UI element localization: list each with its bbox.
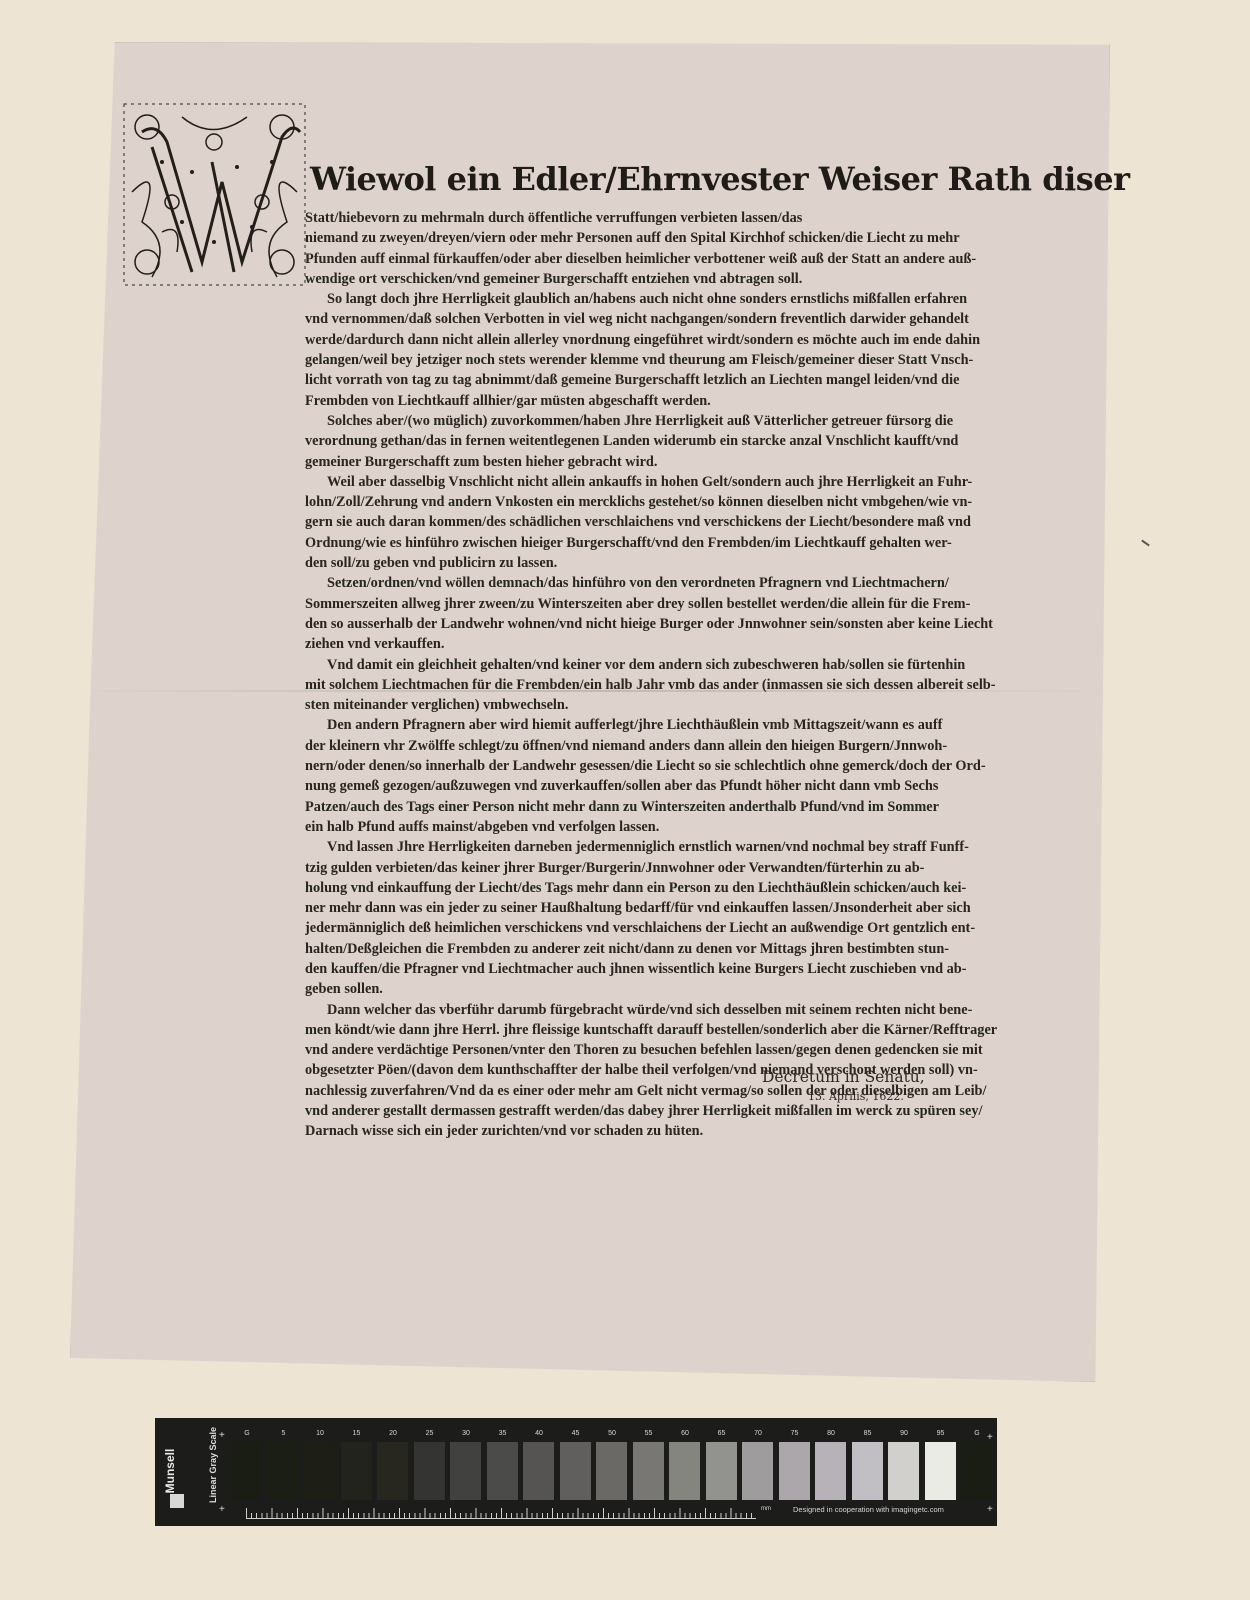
text-line: verordnung gethan/das in fernen weitentl… (305, 431, 1010, 451)
swatch-label: 5 (268, 1430, 300, 1437)
gray-swatch (560, 1442, 591, 1500)
text-line: jedermänniglich deß heimlichen verschick… (305, 918, 1010, 938)
ornate-initial-icon (122, 102, 307, 287)
gray-swatch (341, 1442, 372, 1500)
paragraph-start: Vnd lassen Jhre Herrligkeiten darneben j… (305, 837, 1010, 857)
munsell-gray-scale-card: Munsell Linear Gray Scale + + + + G 5 10… (155, 1418, 997, 1526)
swatch-label: 20 (377, 1430, 409, 1437)
swatch-label: 85 (852, 1430, 884, 1437)
gray-swatch (414, 1442, 445, 1500)
text-line: lohn/Zoll/Zehrung vnd andern Vnkosten ei… (305, 492, 1010, 512)
gray-swatch (596, 1442, 627, 1500)
gray-swatches: G 5 10 15 20 25 30 35 40 45 50 55 60 65 … (231, 1430, 991, 1500)
text-line: Patzen/auch des Tags einer Person nicht … (305, 797, 1010, 817)
text-line: ziehen vnd verkauffen. (305, 634, 1010, 654)
paragraph-start: So langt doch jhre Herrligkeit glaublich… (305, 289, 1010, 309)
gray-swatch (231, 1442, 262, 1500)
munsell-logo-icon (170, 1494, 184, 1508)
swatch-label: 80 (815, 1430, 847, 1437)
text-line: mit solchem Liechtmachen für die Frembde… (305, 675, 1010, 695)
text-line: ner mehr dann was ein jeder zu seiner Ha… (305, 898, 1010, 918)
ruler-unit: mm (761, 1506, 771, 1512)
text-line: vnd vernommen/daß solchen Verbotten in v… (305, 309, 1010, 329)
registration-mark-icon: + (219, 1430, 225, 1441)
swatch-label: G (961, 1430, 993, 1437)
swatch-label: 10 (304, 1430, 336, 1437)
swatch-label: 15 (341, 1430, 373, 1437)
text-line: gelangen/weil bey jetziger noch stets we… (305, 350, 1010, 370)
text-line: holung vnd einkauffung der Liecht/des Ta… (305, 878, 1010, 898)
swatch-label: 35 (487, 1430, 519, 1437)
text-line: Sommerszeiten allweg jhrer zween/zu Wint… (305, 594, 1010, 614)
gray-swatch (925, 1442, 956, 1500)
swatch-label: 70 (742, 1430, 774, 1437)
paragraph-start: Dann welcher das vberführ darumb fürgebr… (305, 1000, 1010, 1020)
text-line: Ordnung/wie es hinführo zwischen hieiger… (305, 533, 1010, 553)
gray-swatch (852, 1442, 883, 1500)
text-line: tzig gulden verbieten/das keiner jhrer B… (305, 858, 1010, 878)
mm-ruler (246, 1508, 756, 1519)
gray-swatch (377, 1442, 408, 1500)
gray-swatch (742, 1442, 773, 1500)
card-credit: Designed in cooperation with imagingetc.… (793, 1505, 944, 1514)
text-line: Pfunden auff einmal fürkauffen/oder aber… (305, 249, 1010, 269)
paragraph-start: Setzen/ordnen/vnd wöllen demnach/das hin… (305, 573, 1010, 593)
gray-swatch (669, 1442, 700, 1500)
gray-swatch (304, 1442, 335, 1500)
gray-swatch (961, 1442, 992, 1500)
swatch-label: 45 (560, 1430, 592, 1437)
text-line: Frembden von Liechtkauff allhier/gar müs… (305, 391, 1010, 411)
decree-signature: Decretum in Senatu, (762, 1068, 925, 1086)
swatch-label: 25 (414, 1430, 446, 1437)
text-line: geben sollen. (305, 979, 1010, 999)
paragraph-start: Weil aber dasselbig Vnschlicht nicht all… (305, 472, 1010, 492)
gray-swatch (815, 1442, 846, 1500)
swatch-label: 95 (925, 1430, 957, 1437)
text-line: men köndt/wie dann jhre Herrl. jhre flei… (305, 1020, 1010, 1040)
text-line: gemeiner Burgerschafft zum besten hieher… (305, 452, 1010, 472)
text-line: vnd anderer gestallt dermassen gestrafft… (305, 1101, 1010, 1121)
text-line: sten miteinander verglichen) vmbwechseln… (305, 695, 1010, 715)
text-line: den so ausserhalb der Landwehr wohnen/vn… (305, 614, 1010, 634)
text-line: werde/dardurch dann nicht allein allerle… (305, 330, 1010, 350)
gray-swatch (450, 1442, 481, 1500)
gray-swatch (779, 1442, 810, 1500)
text-line: der kleinern vhr Zwölffe schlegt/zu öffn… (305, 736, 1010, 756)
stray-mark (1141, 540, 1150, 547)
swatch-label: 30 (450, 1430, 482, 1437)
gray-swatch (888, 1442, 919, 1500)
text-line: halten/Deßgleichen die Frembden zu ander… (305, 939, 1010, 959)
gray-swatch (706, 1442, 737, 1500)
gray-swatch (268, 1442, 299, 1500)
text-line: nung gemeß gezogen/außzuwegen vnd zuverk… (305, 776, 1010, 796)
text-line: licht vorrath von tag zu tag abnimmt/daß… (305, 370, 1010, 390)
gray-swatch (633, 1442, 664, 1500)
text-line: nern/oder denen/so innerhalb der Landweh… (305, 756, 1010, 776)
text-line: Statt/hiebevorn zu mehrmaln durch öffent… (305, 208, 1010, 228)
decorative-initial-w (122, 102, 307, 287)
registration-mark-icon: + (987, 1504, 993, 1515)
text-line: vnd andere verdächtige Personen/vnter de… (305, 1040, 1010, 1060)
swatch-label: G (231, 1430, 263, 1437)
text-line: Darnach wisse sich ein jeder zurichten/v… (305, 1121, 1010, 1141)
swatch-label: 55 (633, 1430, 665, 1437)
registration-mark-icon: + (219, 1504, 225, 1515)
text-line: wendige ort verschicken/vnd gemeiner Bur… (305, 269, 1010, 289)
document-body: Statt/hiebevorn zu mehrmaln durch öffent… (305, 208, 1010, 1142)
document-headline: Wiewol ein Edler/Ehrnvester Weiser Rath … (310, 160, 1010, 198)
text-line: ein halb Pfund auffs mainst/abgeben vnd … (305, 817, 1010, 837)
text-line: den kauffen/die Pfragner vnd Liechtmache… (305, 959, 1010, 979)
gray-swatch (523, 1442, 554, 1500)
swatch-label: 65 (706, 1430, 738, 1437)
paragraph-start: Vnd damit ein gleichheit gehalten/vnd ke… (305, 655, 1010, 675)
swatch-label: 50 (596, 1430, 628, 1437)
swatch-label: 60 (669, 1430, 701, 1437)
swatch-label: 90 (888, 1430, 920, 1437)
text-line: niemand zu zweyen/dreyen/viern oder mehr… (305, 228, 1010, 248)
swatch-label: 40 (523, 1430, 555, 1437)
decree-date: 13. Aprilis, 1622. (808, 1090, 904, 1103)
text-line: gern sie auch daran kommen/des schädlich… (305, 512, 1010, 532)
text-line: den soll/zu geben vnd publicirn zu lasse… (305, 553, 1010, 573)
paragraph-start: Den andern Pfragnern aber wird hiemit au… (305, 715, 1010, 735)
swatch-label: 75 (779, 1430, 811, 1437)
paragraph-start: Solches aber/(wo müglich) zuvorkommen/ha… (305, 411, 1010, 431)
gray-swatch (487, 1442, 518, 1500)
